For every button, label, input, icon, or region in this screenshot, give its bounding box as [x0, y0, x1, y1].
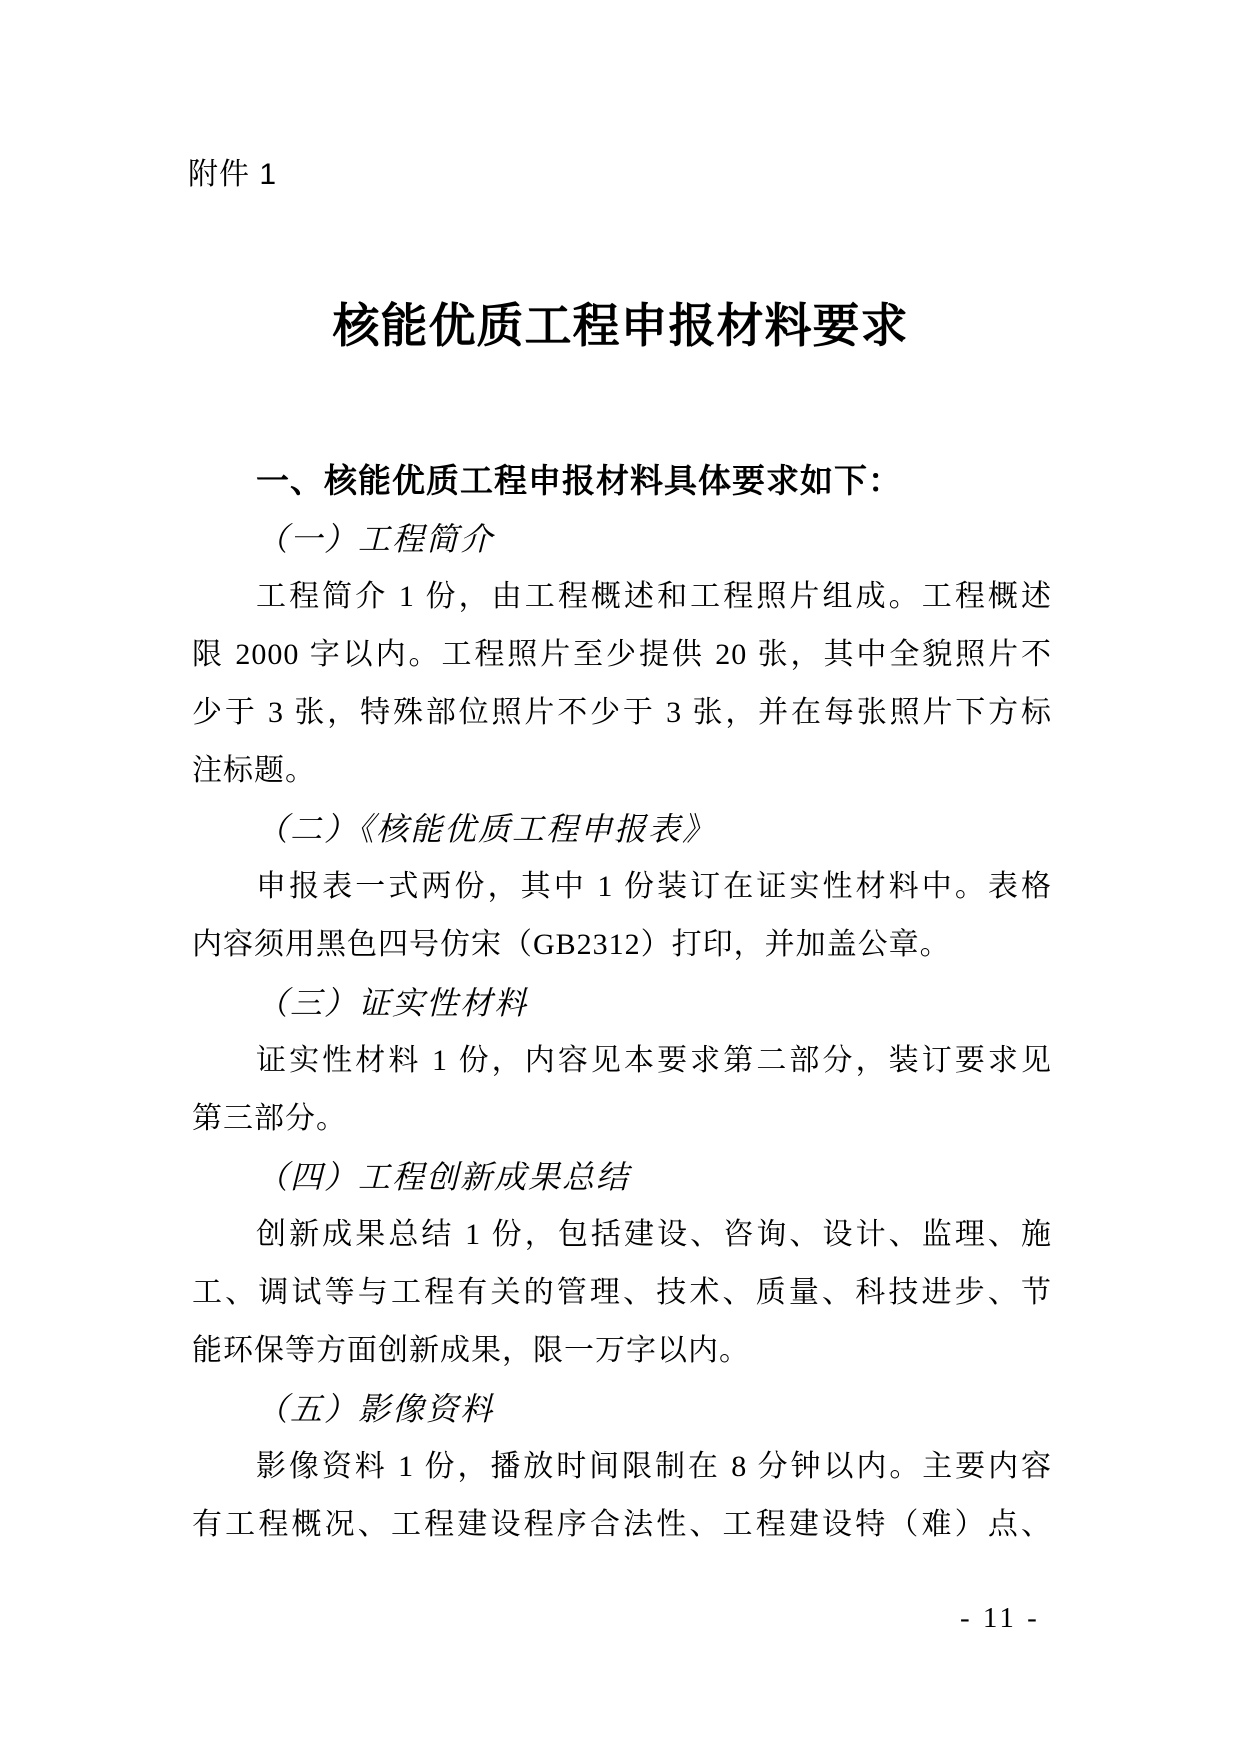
attachment-label: 附件 1 [188, 158, 277, 192]
body-line: 工程简介 1 份，由工程概述和工程照片组成。工程概述 [192, 568, 1052, 626]
section-heading: 一、核能优质工程申报材料具体要求如下： [192, 452, 1052, 510]
subsection-heading: （五）影像资料 [192, 1380, 1052, 1438]
body-line: 限 2000 字以内。工程照片至少提供 20 张，其中全貌照片不 [192, 626, 1052, 684]
body-line: 第三部分。 [192, 1090, 1052, 1148]
page-number: - 11 - [960, 1598, 1040, 1638]
body-line: 申报表一式两份，其中 1 份装订在证实性材料中。表格 [192, 858, 1052, 916]
body-line: 能环保等方面创新成果，限一万字以内。 [192, 1322, 1052, 1380]
subsection-heading: （一）工程简介 [192, 510, 1052, 568]
subsection-heading: （四）工程创新成果总结 [192, 1148, 1052, 1206]
body-line: 注标题。 [192, 742, 1052, 800]
body-line: 创新成果总结 1 份，包括建设、咨询、设计、监理、施 [192, 1206, 1052, 1264]
body-line: 少于 3 张，特殊部位照片不少于 3 张，并在每张照片下方标 [192, 684, 1052, 742]
body-line: 工、调试等与工程有关的管理、技术、质量、科技进步、节 [192, 1264, 1052, 1322]
body-line: 证实性材料 1 份，内容见本要求第二部分，装订要求见 [192, 1032, 1052, 1090]
subsection-heading: （二）《核能优质工程申报表》 [192, 800, 1052, 858]
body-line: 影像资料 1 份，播放时间限制在 8 分钟以内。主要内容 [192, 1438, 1052, 1496]
body-line: 有工程概况、工程建设程序合法性、工程建设特（难）点、 [192, 1496, 1052, 1554]
document-page: 附件 1 核能优质工程申报材料要求 一、核能优质工程申报材料具体要求如下： （一… [0, 0, 1241, 1754]
document-title: 核能优质工程申报材料要求 [0, 296, 1241, 358]
body-line: 内容须用黑色四号仿宋（GB2312）打印，并加盖公章。 [192, 916, 1052, 974]
document-body: 一、核能优质工程申报材料具体要求如下： （一）工程简介 工程简介 1 份，由工程… [192, 452, 1052, 1554]
subsection-heading: （三）证实性材料 [192, 974, 1052, 1032]
